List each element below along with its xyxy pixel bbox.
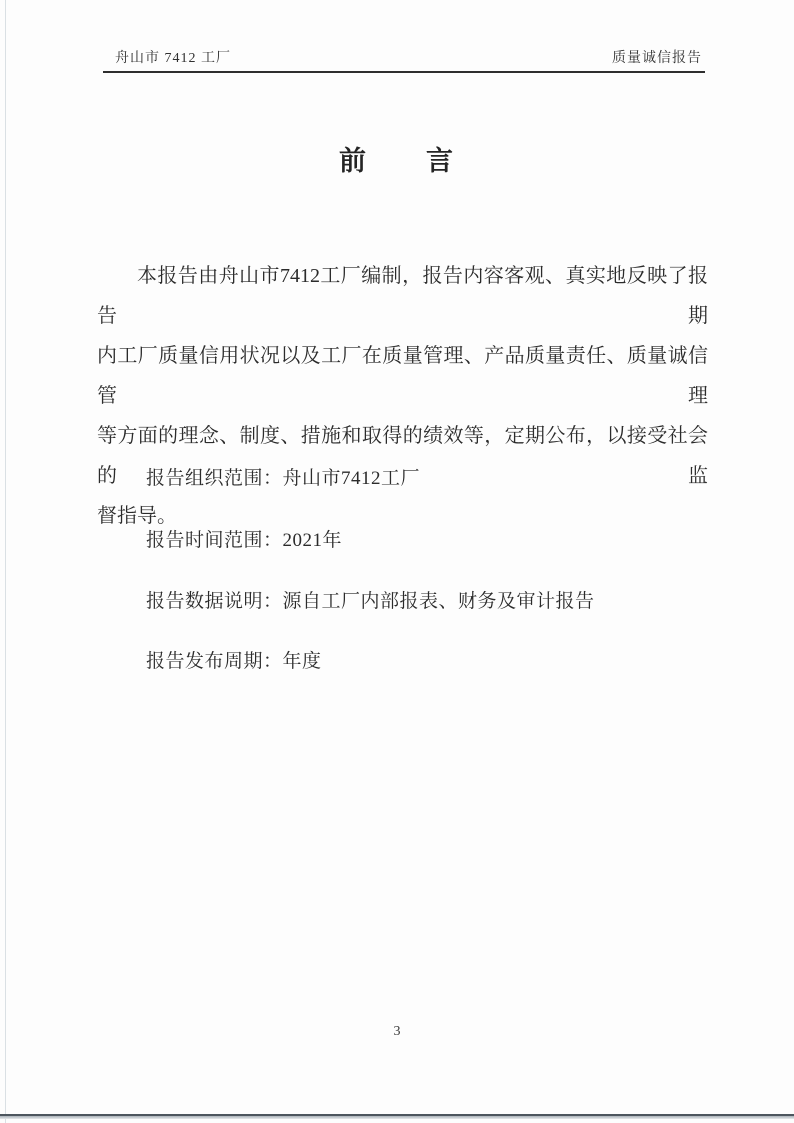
report-period-label: 报告时间范围：	[146, 530, 283, 551]
scan-bottom-shadow-artifact	[0, 1116, 794, 1119]
report-scope-label: 报告组织范围：	[146, 468, 283, 489]
page-number: 3	[0, 1024, 794, 1040]
report-cycle-value: 年度	[283, 651, 322, 672]
paragraph-line: 本报告由舟山市7412工厂编制，报告内容客观、真实地反映了报告期	[97, 256, 708, 336]
report-cycle-row: 报告发布周期：年度	[146, 646, 322, 673]
report-cycle-label: 报告发布周期：	[146, 651, 283, 672]
report-data-source-row: 报告数据说明：源自工厂内部报表、财务及审计报告	[146, 586, 595, 613]
report-scope-row: 报告组织范围：舟山市7412工厂	[146, 463, 420, 490]
scan-left-edge-artifact	[5, 0, 6, 1123]
page-title: 前 言	[0, 139, 794, 178]
document-page: 舟山市 7412 工厂 质量诚信报告 前 言 本报告由舟山市7412工厂编制，报…	[0, 0, 794, 1123]
report-period-value: 2021年	[283, 530, 343, 551]
header-rule	[103, 71, 705, 73]
header-report-title: 质量诚信报告	[612, 47, 702, 67]
report-scope-value: 舟山市7412工厂	[283, 468, 421, 489]
paragraph-line: 内工厂质量信用状况以及工厂在质量管理、产品质量责任、质量诚信管理	[97, 336, 708, 416]
report-data-source-label: 报告数据说明：	[146, 591, 283, 612]
report-data-source-value: 源自工厂内部报表、财务及审计报告	[283, 591, 595, 612]
intro-paragraph: 本报告由舟山市7412工厂编制，报告内容客观、真实地反映了报告期 内工厂质量信用…	[97, 256, 708, 536]
header-company-name: 舟山市 7412 工厂	[115, 47, 231, 67]
report-period-row: 报告时间范围：2021年	[146, 525, 342, 552]
